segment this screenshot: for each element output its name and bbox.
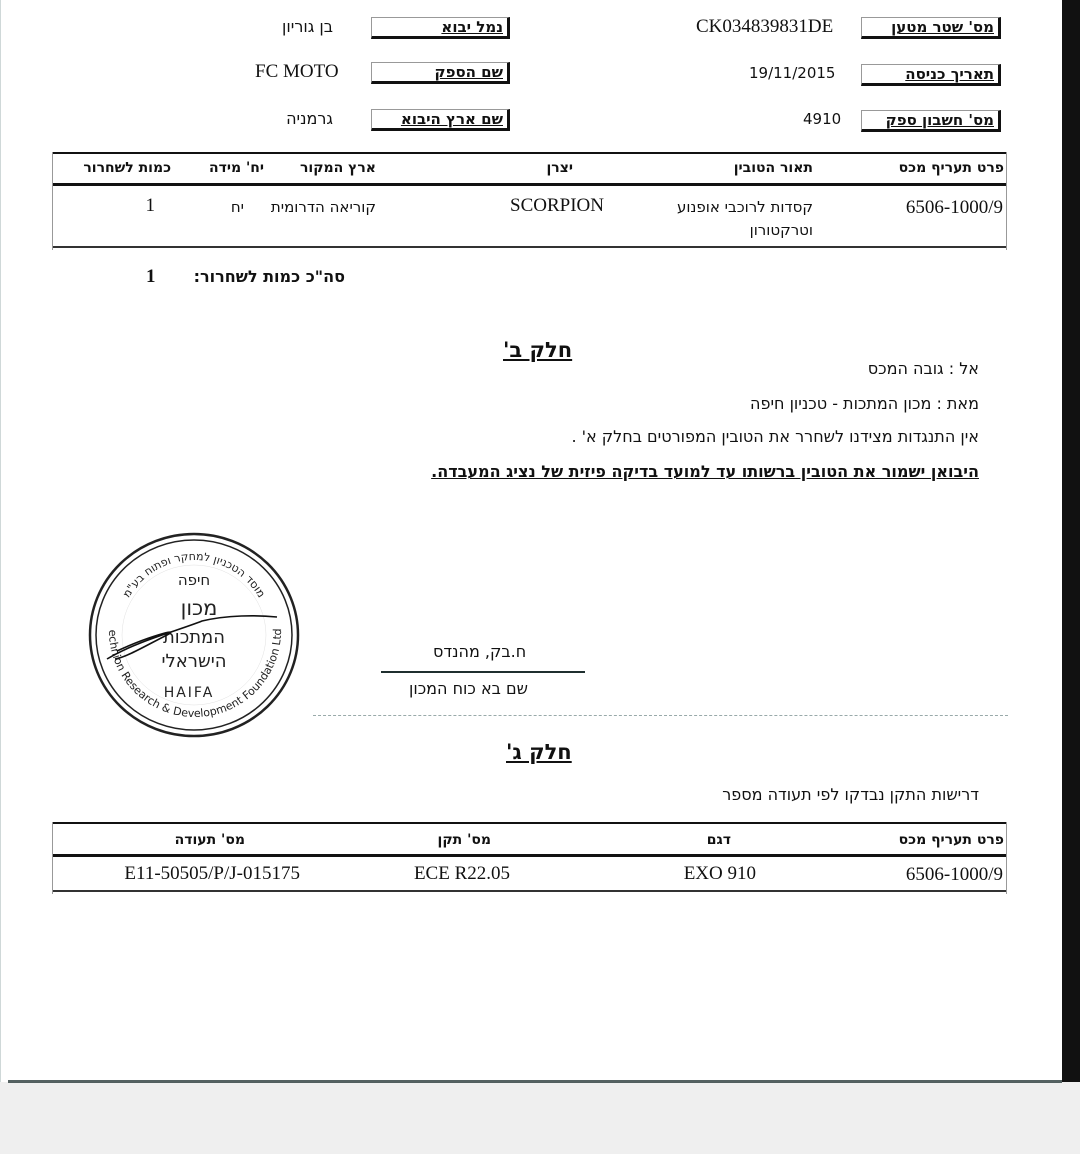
section-divider [313,715,1008,716]
cell-origin: קוריאה הדרומית [271,198,376,216]
total-value: 1 [146,266,156,288]
label-supplier-name: שם הספק [371,62,510,84]
scan-edge [1062,0,1080,1082]
label-import-country: שם ארץ היבוא [371,109,510,131]
cert-header-certificate: מס' תעודה [175,832,245,848]
total-label: סה"כ כמות לשחרור: [194,267,345,286]
label-import-port: נמל יבוא [371,17,510,39]
stamp-line1: מכון [181,596,218,620]
label-entry-date: תאריך כניסה [861,64,1001,86]
header-tariff: פרט תעריף מכס [899,160,1004,176]
part-b-to: אל : גובה המכס [868,359,979,378]
stamp-city-en: HAIFA [164,685,215,701]
label-supplier-account: מס' חשבון ספק [861,110,1001,132]
value-supplier-name: FC MOTO [255,61,339,83]
header-origin: ארץ המקור [300,160,376,176]
scan-bottom-edge [8,1080,1062,1083]
value-supplier-account: 4910 [803,110,841,128]
part-b-from: מאת : מכון המתכות - טכניון חיפה [750,394,979,413]
certificate-table: פרט תעריף מכס דגם מס' תקן מס' תעודה 6506… [52,822,1007,894]
cert-header-model: דגם [707,832,731,848]
cell-tariff: 6506-1000/9 [906,197,1003,219]
document-page: מס' שטר מטען CK034839831DE תאריך כניסה 1… [0,0,1063,1082]
header-manufacturer: יצרן [547,160,574,176]
institute-stamp: מוסד הטכניון למחקר ופתוח בע"מ Technion R… [87,531,302,739]
signature-caption: שם בא כוח המכון [409,679,528,698]
cell-description-line2: וטרקטורון [750,221,813,239]
part-b-title: חלק ב' [503,338,572,362]
value-import-country: גרמניה [286,109,333,128]
stamp-line2: המתכות [163,627,225,648]
value-import-port: בן גוריון [282,17,333,36]
signatory-name: ח.בק, מהנדס [433,642,526,661]
cert-header-tariff: פרט תעריף מכס [899,832,1004,848]
label-carrier-doc-no: מס' שטר מטען [861,17,1001,39]
cell-quantity: 1 [146,195,156,217]
cell-manufacturer: SCORPION [510,195,604,217]
value-carrier-doc-no: CK034839831DE [696,16,833,38]
cell-unit: יח [231,198,244,216]
cert-header-standard: מס' תקן [438,832,491,848]
header-unit: יח' מידה [209,160,264,176]
part-c-intro: דרישות התקן נבדקו לפי תעודה מספר [722,785,979,804]
cert-cell-tariff: 6506-1000/9 [906,864,1003,886]
cell-description: קסדות לרוכבי אופנוע [677,198,813,216]
signature-line [381,671,585,673]
header-description: תאור הטובין [734,160,813,176]
cert-cell-certificate: E11-50505/P/J-015175 [124,863,300,885]
header-quantity: כמות לשחרור [83,160,171,176]
part-b-statement: אין התנגדות מצידנו לשחרר את הטובין המפור… [571,427,979,446]
stamp-line3: הישראלי [162,651,227,672]
value-entry-date: 19/11/2015 [749,64,835,82]
cert-cell-model: EXO 910 [684,863,756,885]
part-c-title: חלק ג' [506,740,572,764]
cert-cell-standard: ECE R22.05 [414,863,510,885]
goods-table: פרט תעריף מכס תאור הטובין יצרן ארץ המקור… [52,152,1007,250]
stamp-city: חיפה [178,571,210,589]
part-b-instruction: היבואן ישמור את הטובין ברשותו עד למועד ב… [431,462,979,481]
